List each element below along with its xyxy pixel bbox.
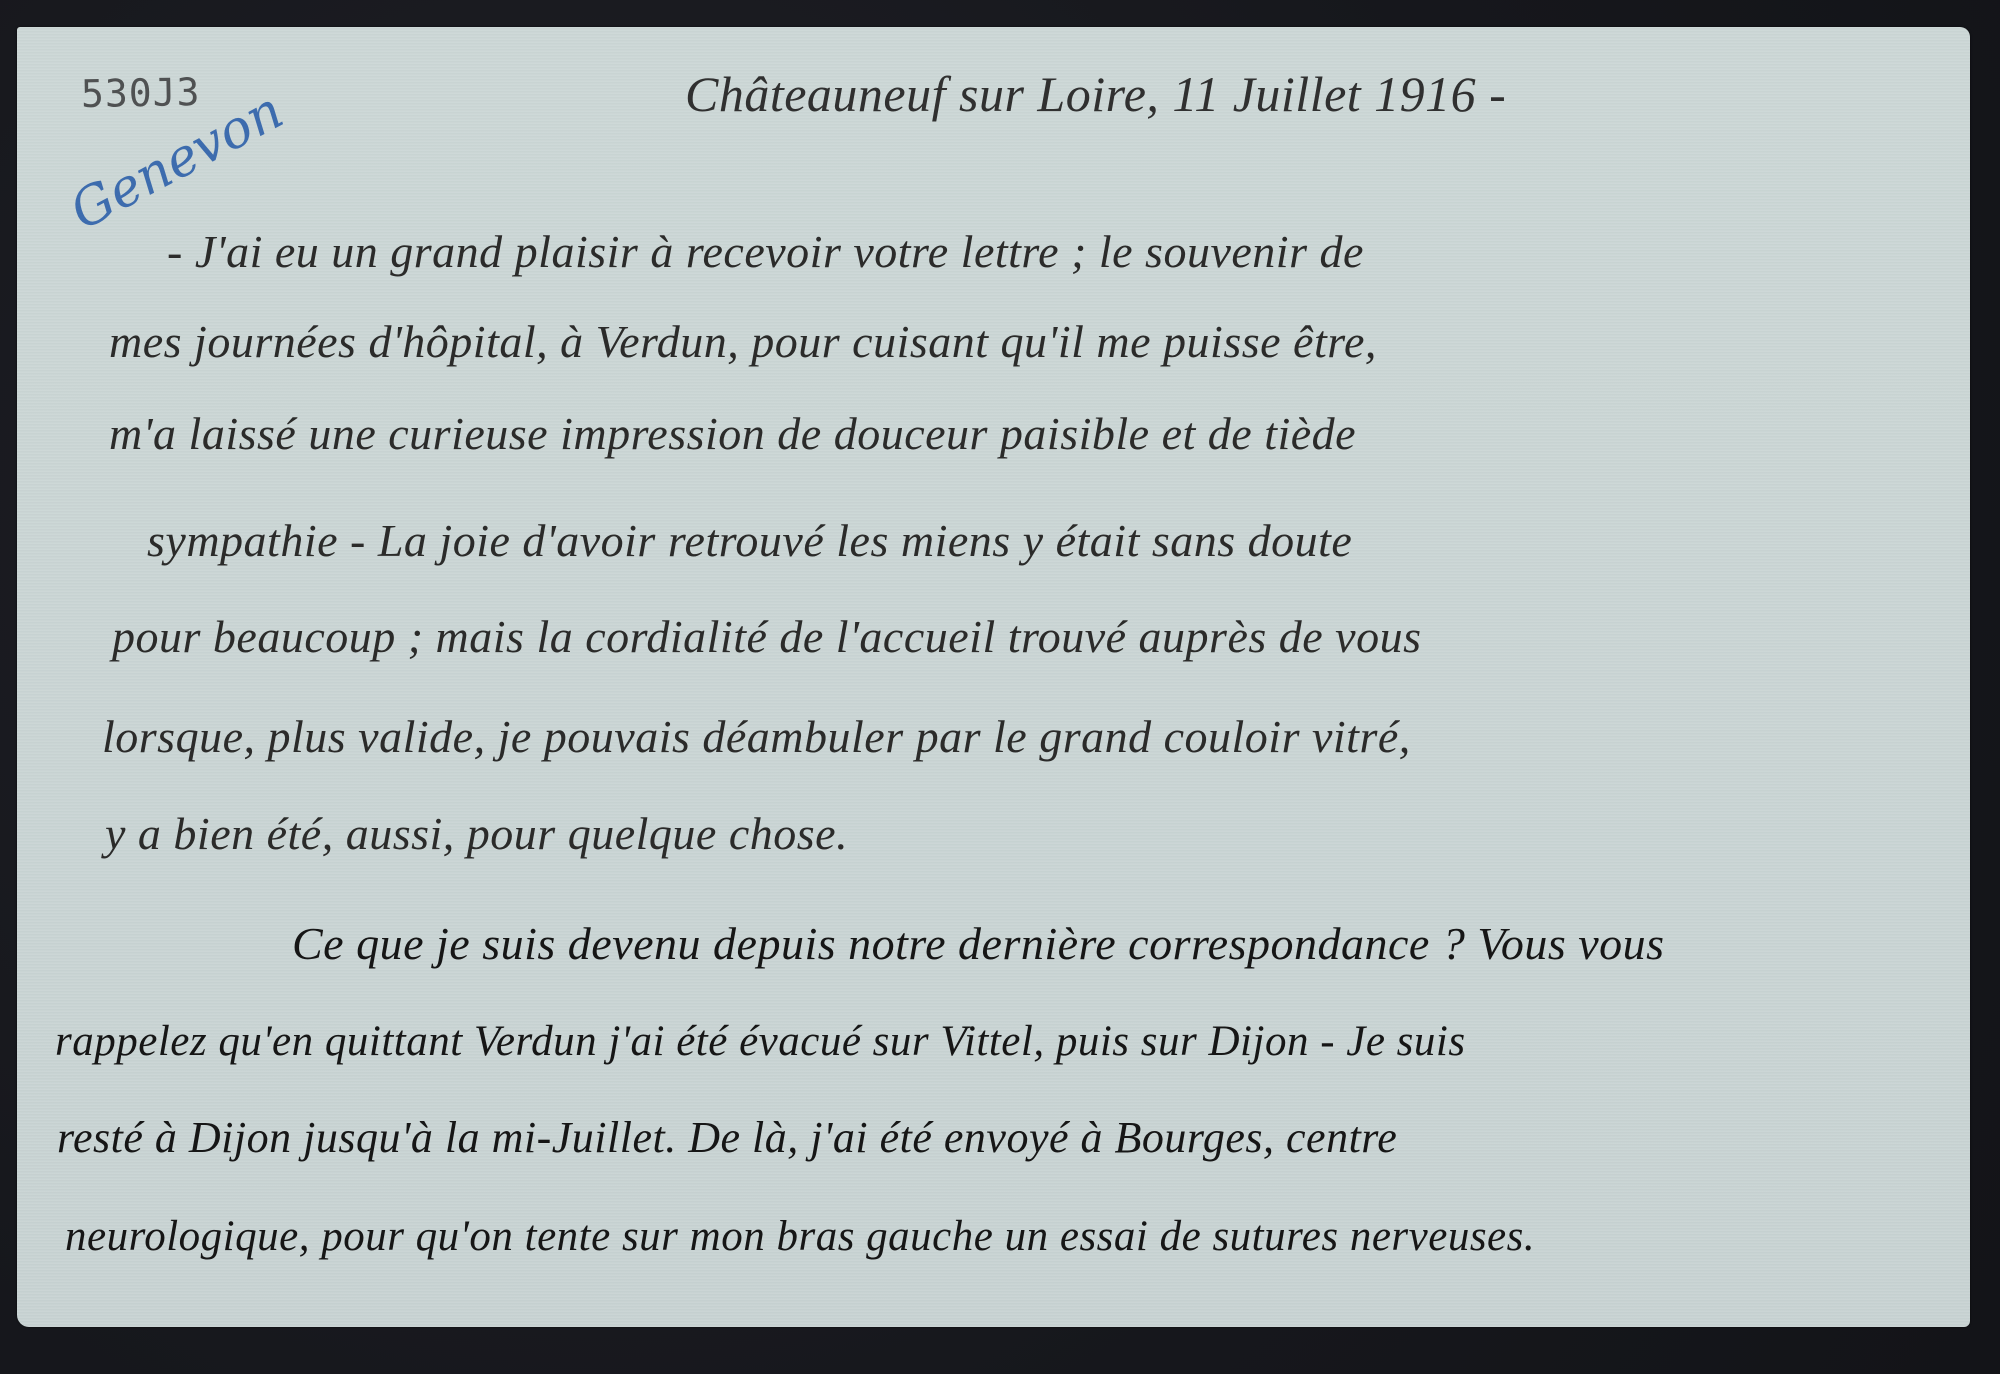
letter-line-4: sympathie - La joie d'avoir retrouvé les… xyxy=(147,514,1352,567)
letter-line-1: - J'ai eu un grand plaisir à recevoir vo… xyxy=(167,225,1364,278)
dateline: Châteauneuf sur Loire, 11 Juillet 1916 - xyxy=(685,65,1506,123)
letter-line-9: rappelez qu'en quittant Verdun j'ai été … xyxy=(55,1017,1466,1066)
letter-line-3: m'a laissé une curieuse impression de do… xyxy=(109,407,1356,460)
letter-line-2: mes journées d'hôpital, à Verdun, pour c… xyxy=(109,315,1377,368)
letter-line-8: Ce que je suis devenu depuis notre derni… xyxy=(292,917,1665,970)
letter-line-5: pour beaucoup ; mais la cordialité de l'… xyxy=(112,610,1422,663)
letter-line-7: y a bien été, aussi, pour quelque chose. xyxy=(105,807,848,860)
letter-line-10: resté à Dijon jusqu'à la mi-Juillet. De … xyxy=(57,1112,1397,1163)
letter-card: 530J3 Genevon Châteauneuf sur Loire, 11 … xyxy=(17,27,1970,1327)
letter-line-6: lorsque, plus valide, je pouvais déambul… xyxy=(102,710,1411,763)
letter-line-11: neurologique, pour qu'on tente sur mon b… xyxy=(65,1212,1535,1261)
archive-reference: 530J3 xyxy=(81,70,201,116)
